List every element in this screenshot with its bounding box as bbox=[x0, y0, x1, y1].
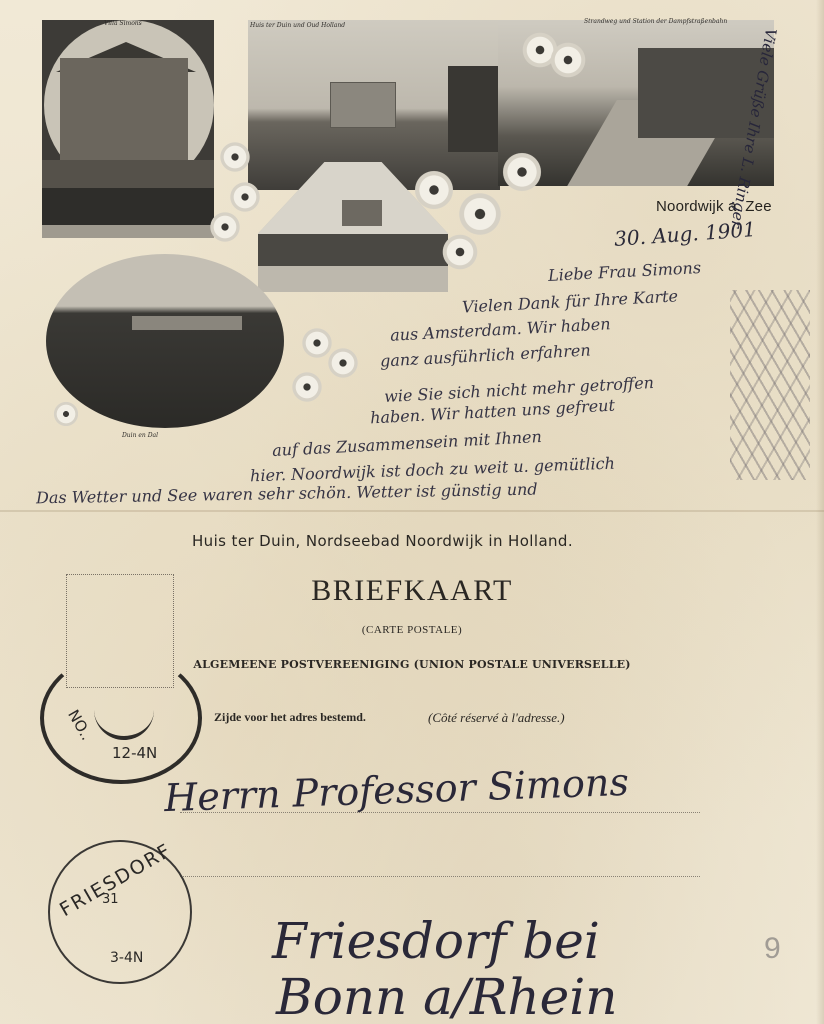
hotel-building bbox=[330, 82, 396, 128]
vignette-villa-simons bbox=[42, 20, 214, 238]
caption-vignette-5: Duin en Dal bbox=[122, 432, 158, 439]
caption-vignette-3: Strandweg und Station der Dampfstraßenba… bbox=[584, 18, 727, 25]
place-label: Noordwijk a. Zee bbox=[656, 198, 772, 215]
address-dotted-line bbox=[180, 876, 700, 877]
beach-building bbox=[342, 200, 382, 226]
pencil-mark: 9 bbox=[764, 932, 781, 966]
postmark-origin: NO.. 12-4N bbox=[40, 652, 202, 784]
dune-building bbox=[132, 316, 242, 330]
postmark-origin-date: 12-4N bbox=[112, 744, 157, 762]
postmark-origin-text: NO.. bbox=[64, 707, 96, 744]
vignette-duin-en-dal bbox=[46, 254, 284, 428]
postmark-time: 3-4N bbox=[110, 950, 143, 966]
beach-dunes bbox=[258, 234, 448, 267]
address-note-french: (Côté réservé à l'adresse.) bbox=[428, 710, 565, 726]
postmark-friesdorf: FRIESDORF 31 3-4N bbox=[48, 840, 192, 984]
caption-vignette-2: Huis ter Duin und Oud Holland bbox=[250, 22, 345, 29]
postmark-day: 31 bbox=[102, 892, 119, 907]
card-fold-line bbox=[0, 510, 824, 512]
crossed-writing bbox=[730, 290, 810, 480]
villa-fence bbox=[42, 160, 214, 188]
dune-hut bbox=[448, 66, 498, 152]
recipient-town: Friesdorf bei bbox=[272, 912, 600, 970]
villa-building bbox=[60, 58, 188, 168]
publisher-line-text: Huis ter Duin, Nordseebad Noordwijk in H… bbox=[192, 532, 573, 550]
caption-vignette-1: Villa Simons bbox=[104, 20, 142, 27]
postmark-inner-arc bbox=[94, 698, 154, 740]
vignette-tram-station bbox=[498, 20, 774, 186]
card-edge-shadow bbox=[816, 0, 824, 1024]
address-note-dutch: Zijde voor het adres bestemd. bbox=[214, 710, 366, 725]
recipient-city: Bonn a/Rhein bbox=[276, 968, 617, 1024]
villa-path bbox=[42, 225, 214, 238]
